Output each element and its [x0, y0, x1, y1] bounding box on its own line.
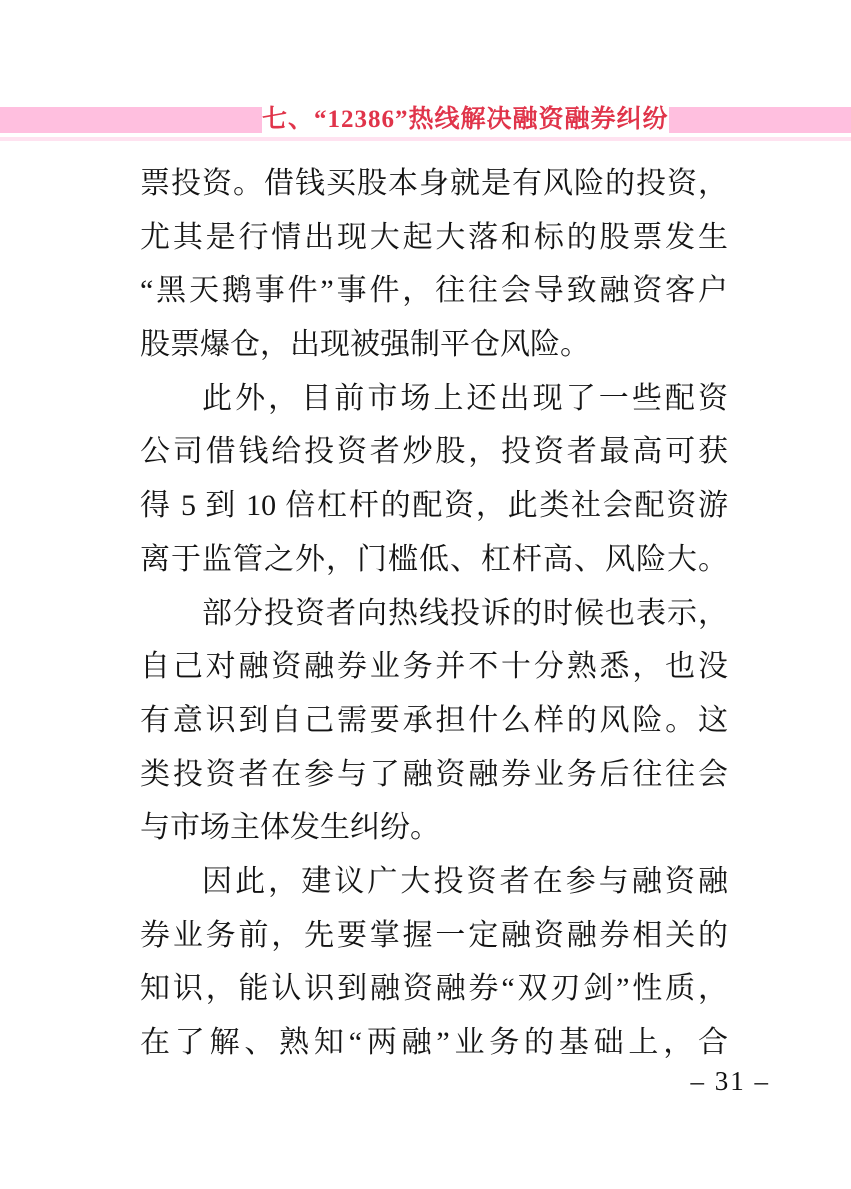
text-line: 与市场主体发生纠纷。	[140, 801, 728, 855]
text-line: 在了解、熟知“两融”业务的基础上，合	[140, 1016, 728, 1070]
page-footer: – 31 –	[691, 1066, 771, 1096]
header-underline	[0, 137, 851, 141]
text-line: 此外，目前市场上还出现了一些配资	[140, 372, 728, 426]
text-line: 股票爆仓，出现被强制平仓风险。	[140, 318, 728, 372]
text-line: 类投资者在参与了融资融券业务后往往会	[140, 748, 728, 802]
text-line: 部分投资者向热线投诉的时候也表示，	[140, 587, 728, 641]
text-line: 知识，能认识到融资融券“双刃剑”性质，	[140, 962, 728, 1016]
text-line: 票投资。借钱买股本身就是有风险的投资，	[140, 157, 728, 211]
text-line: 尤其是行情出现大起大落和标的股票发生	[140, 211, 728, 265]
chapter-title: 七、“12386”热线解决融资融券纠纷	[262, 107, 669, 133]
text-line: 公司借钱给投资者炒股，投资者最高可获	[140, 425, 728, 479]
document-page: 七、“12386”热线解决融资融券纠纷 票投资。借钱买股本身就是有风险的投资，尤…	[0, 0, 851, 1189]
text-line: 得 5 到 10 倍杠杆的配资，此类社会配资游	[140, 479, 728, 533]
text-line: “黑天鹅事件”事件，往往会导致融资客户	[140, 264, 728, 318]
running-head: 七、“12386”热线解决融资融券纠纷	[0, 107, 851, 133]
page-number: – 31 –	[691, 1066, 771, 1096]
text-line: 离于监管之外，门槛低、杠杆高、风险大。	[140, 533, 728, 587]
text-line: 自己对融资融券业务并不十分熟悉，也没	[140, 640, 728, 694]
text-line: 有意识到自己需要承担什么样的风险。这	[140, 694, 728, 748]
body-text: 票投资。借钱买股本身就是有风险的投资，尤其是行情出现大起大落和标的股票发生“黑天…	[140, 157, 728, 1070]
header-right-bar	[669, 107, 851, 133]
header-left-bar	[0, 107, 262, 133]
text-line: 券业务前，先要掌握一定融资融券相关的	[140, 909, 728, 963]
text-line: 因此，建议广大投资者在参与融资融	[140, 855, 728, 909]
